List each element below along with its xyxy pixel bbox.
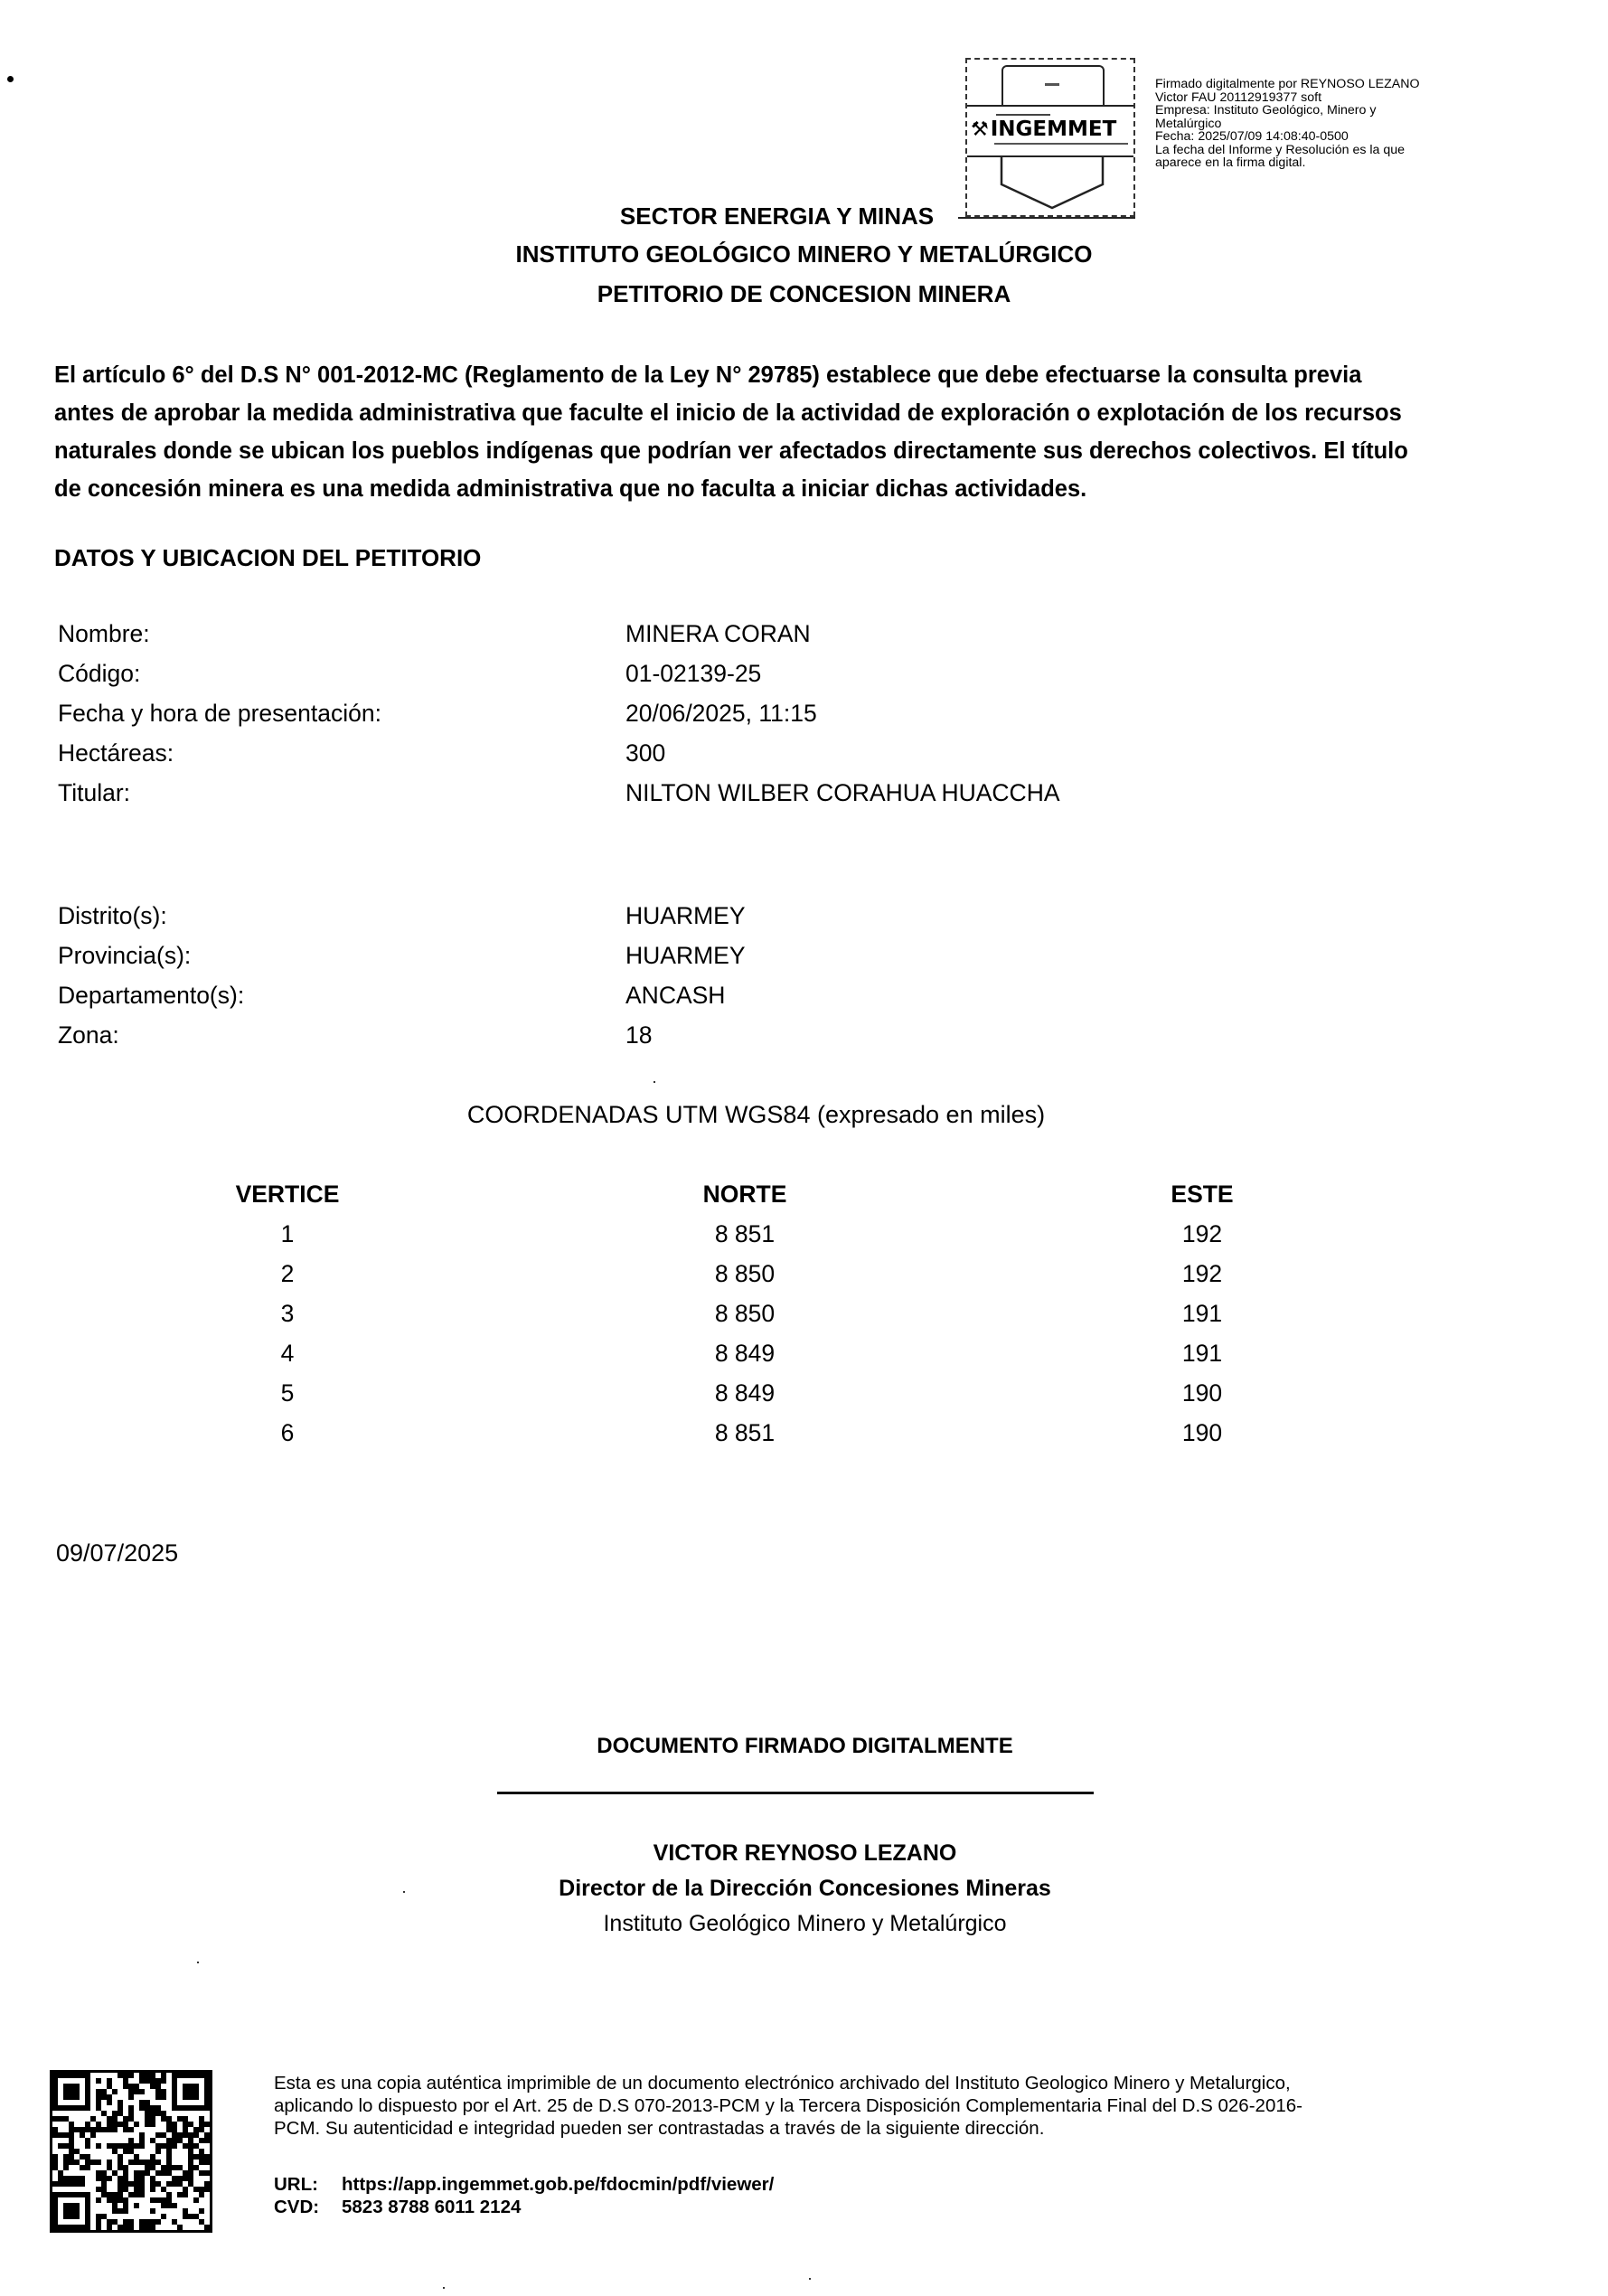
field-value-hectareas: 300 — [625, 739, 665, 767]
signer-organization: Instituto Geológico Minero y Metalúrgico — [0, 1911, 1608, 1937]
field-value-codigo: 01-02139-25 — [625, 660, 761, 688]
field-label-provincia: Provincia(s): — [58, 942, 191, 970]
header-sector: SECTOR ENERGIA Y MINAS — [0, 202, 1581, 231]
sig-line: Fecha: 2025/07/09 14:08:40-0500 — [1155, 130, 1420, 144]
notice-line: PCM. Su autenticidad e integridad pueden… — [274, 2117, 1575, 2140]
signer-role: Director de la Dirección Concesiones Min… — [0, 1876, 1608, 1902]
table-cell: 191 — [1085, 1340, 1320, 1368]
table-cell: 190 — [1085, 1419, 1320, 1447]
intro-line: El artículo 6° del D.S N° 001-2012-MC (R… — [54, 356, 1573, 394]
field-label-nombre: Nombre: — [58, 620, 150, 648]
intro-line: naturales donde se ubican los pueblos in… — [54, 432, 1573, 470]
cvd-label: CVD: — [274, 2196, 342, 2218]
table-cell: 192 — [1085, 1220, 1320, 1248]
table-cell: 8 850 — [627, 1300, 862, 1328]
signature-line — [497, 1792, 1094, 1794]
field-label-hectareas: Hectáreas: — [58, 739, 174, 767]
ingemmet-logo: ⚒INGEMMET — [971, 118, 1116, 141]
notice-line: Esta es una copia auténtica imprimible d… — [274, 2072, 1575, 2094]
table-header: ESTE — [1085, 1181, 1320, 1209]
header-institute: INSTITUTO GEOLÓGICO MINERO Y METALÚRGICO — [0, 240, 1608, 268]
field-value-titular: NILTON WILBER CORAHUA HUACCHA — [625, 779, 1060, 807]
table-cell: 191 — [1085, 1300, 1320, 1328]
intro-paragraph: El artículo 6° del D.S N° 001-2012-MC (R… — [54, 356, 1573, 508]
section-title: DATOS Y UBICACION DEL PETITORIO — [54, 544, 481, 572]
table-cell: 190 — [1085, 1379, 1320, 1407]
document-date: 09/07/2025 — [56, 1539, 178, 1567]
intro-line: antes de aprobar la medida administrativ… — [54, 394, 1573, 432]
digital-signature-info: Firmado digitalmente por REYNOSO LEZANO … — [1155, 78, 1420, 170]
cvd-code: 5823 8788 6011 2124 — [342, 2197, 521, 2217]
url-label: URL: — [274, 2173, 342, 2196]
table-cell: 2 — [170, 1260, 405, 1288]
authenticity-notice: Esta es una copia auténtica imprimible d… — [274, 2072, 1575, 2140]
scan-artifact-dot — [7, 76, 14, 82]
scan-artifact — [809, 2278, 811, 2280]
field-value-nombre: MINERA CORAN — [625, 620, 811, 648]
sig-line: Firmado digitalmente por REYNOSO LEZANO — [1155, 78, 1420, 91]
table-cell: 8 849 — [627, 1379, 862, 1407]
table-cell: 5 — [170, 1379, 405, 1407]
field-value-departamento: ANCASH — [625, 982, 725, 1010]
field-label-fecha: Fecha y hora de presentación: — [58, 700, 381, 728]
table-header: VERTICE — [170, 1181, 405, 1209]
scan-artifact — [197, 1962, 199, 1963]
stamp-top-frame — [1001, 65, 1105, 107]
field-value-zona: 18 — [625, 1021, 652, 1049]
coordinates-title-text: COORDENADAS UTM WGS84 (expresado en mile… — [467, 1101, 1045, 1128]
logo-text: INGEMMET — [991, 118, 1117, 141]
field-label-zona: Zona: — [58, 1021, 119, 1049]
scan-artifact — [443, 2287, 445, 2289]
field-value-distrito: HUARMEY — [625, 902, 746, 930]
qr-code-icon — [50, 2070, 212, 2233]
field-label-titular: Titular: — [58, 779, 130, 807]
digitally-signed-text: DOCUMENTO FIRMADO DIGITALMENTE — [597, 1734, 1012, 1758]
verification-info: URL:https://app.ingemmet.gob.pe/fdocmin/… — [274, 2173, 774, 2218]
intro-line: de concesión minera es una medida admini… — [54, 470, 1573, 508]
coordinates-title: COORDENADAS UTM WGS84 (expresado en mile… — [0, 1101, 1608, 1129]
signer-role-text: Director de la Dirección Concesiones Min… — [559, 1876, 1051, 1901]
table-cell: 192 — [1085, 1260, 1320, 1288]
sig-line: Metalúrgico — [1155, 118, 1420, 131]
sig-line: Victor FAU 20112919377 soft — [1155, 91, 1420, 105]
scan-artifact — [654, 1081, 655, 1083]
scan-artifact — [403, 1891, 405, 1893]
digitally-signed-label: DOCUMENTO FIRMADO DIGITALMENTE — [0, 1734, 1608, 1759]
verification-url-link[interactable]: https://app.ingemmet.gob.pe/fdocmin/pdf/… — [342, 2174, 774, 2195]
table-header: NORTE — [627, 1181, 862, 1209]
crossed-hammers-icon: ⚒ — [971, 118, 989, 141]
notice-line: aplicando lo dispuesto por el Art. 25 de… — [274, 2094, 1575, 2117]
sig-line: La fecha del Informe y Resolución es la … — [1155, 144, 1420, 157]
signer-name: VICTOR REYNOSO LEZANO — [0, 1840, 1608, 1867]
table-cell: 8 850 — [627, 1260, 862, 1288]
field-label-distrito: Distrito(s): — [58, 902, 167, 930]
table-cell: 8 851 — [627, 1220, 862, 1248]
table-cell: 8 849 — [627, 1340, 862, 1368]
signer-name-text: VICTOR REYNOSO LEZANO — [654, 1840, 957, 1866]
header-document-type: PETITORIO DE CONCESION MINERA — [0, 280, 1608, 308]
field-value-fecha: 20/06/2025, 11:15 — [625, 700, 817, 728]
table-cell: 1 — [170, 1220, 405, 1248]
field-value-provincia: HUARMEY — [625, 942, 746, 970]
field-label-departamento: Departamento(s): — [58, 982, 244, 1010]
table-cell: 8 851 — [627, 1419, 862, 1447]
table-cell: 6 — [170, 1419, 405, 1447]
sig-line: Empresa: Instituto Geológico, Minero y — [1155, 104, 1420, 118]
field-label-codigo: Código: — [58, 660, 140, 688]
table-cell: 4 — [170, 1340, 405, 1368]
sig-line: aparece en la firma digital. — [1155, 156, 1420, 170]
table-cell: 3 — [170, 1300, 405, 1328]
signer-organization-text: Instituto Geológico Minero y Metalúrgico — [603, 1911, 1006, 1936]
stamp-logo-band: ⚒INGEMMET — [967, 105, 1133, 157]
ingemmet-stamp: ⚒INGEMMET — [965, 58, 1135, 217]
